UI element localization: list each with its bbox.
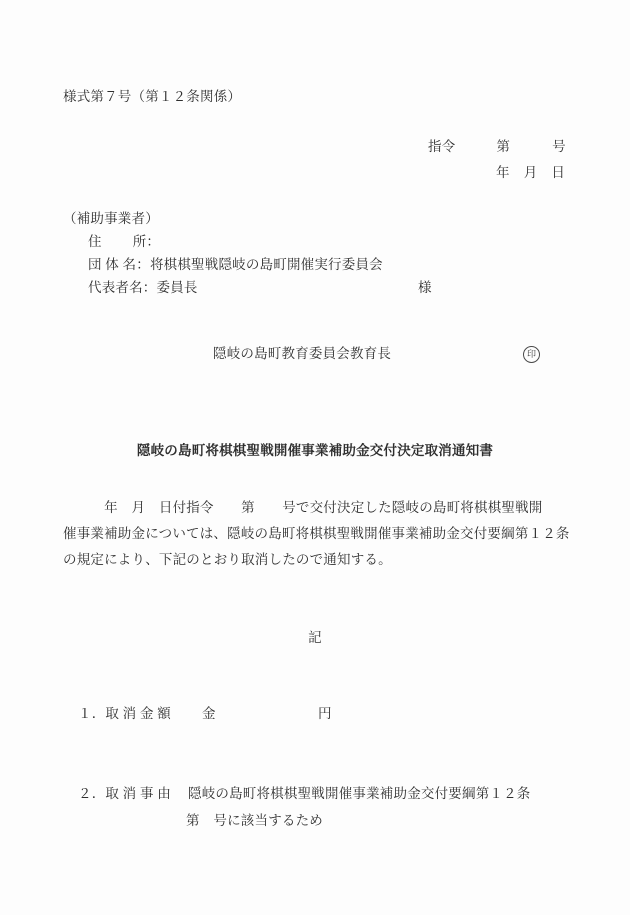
address-label-left: 住 — [88, 234, 102, 249]
item1-heading: １．取 消 金 額 — [78, 706, 171, 722]
item1-number: １． — [78, 706, 105, 721]
org-value: 将棋棋聖戦隠岐の島町開催実行委員会 — [150, 257, 383, 272]
document-page: 様式第７号（第１２条関係） 指令第号 年月日 （補助事業者） 住所： 団 体 名… — [0, 0, 630, 915]
address-label-right: 所： — [133, 234, 160, 249]
item2-number: ２． — [78, 786, 105, 801]
form-number: 様式第７号（第１２条関係） — [63, 89, 241, 105]
date-month: 月 — [524, 165, 538, 180]
item1-amount-prefix: 金 — [202, 706, 216, 722]
recipient-header: （補助事業者） — [63, 211, 159, 227]
date-line: 年月日 — [496, 165, 565, 181]
item1-label: 取 消 金 額 — [105, 706, 171, 721]
item2-heading: ２．取 消 事 由 — [78, 786, 171, 802]
representative-label: 代表者名： — [88, 280, 157, 295]
directive-go: 号 — [552, 139, 566, 154]
date-day: 日 — [551, 165, 565, 180]
issuer-title: 隠岐の島町教育委員会教育長 — [213, 346, 391, 362]
body-line-2: 催事業補助金については、隠岐の島町将棋棋聖戦開催事業補助金交付要綱第１２条 — [63, 526, 570, 542]
recipient-org-line: 団 体 名：将棋棋聖戦隠岐の島町開催実行委員会 — [88, 257, 383, 273]
item1-amount-suffix: 円 — [318, 706, 332, 722]
directive-label: 指令 — [428, 139, 455, 154]
item2-reason-line-1: 隠岐の島町将棋棋聖戦開催事業補助金交付要綱第１２条 — [188, 786, 531, 802]
directive-dai: 第 — [496, 139, 510, 154]
ki-marker: 記 — [0, 630, 630, 646]
recipient-representative-line: 代表者名：委員長 — [88, 280, 198, 296]
document-title: 隠岐の島町将棋棋聖戦開催事業補助金交付決定取消通知書 — [0, 443, 630, 459]
item2-reason-line-2: 第 号に該当するため — [186, 813, 323, 829]
body-line-3: の規定により、下記のとおり取消したので通知する。 — [63, 552, 392, 568]
org-label: 団 体 名： — [88, 257, 150, 272]
representative-value: 委員長 — [157, 280, 198, 295]
item2-label: 取 消 事 由 — [105, 786, 171, 801]
directive-line: 指令第号 — [428, 139, 566, 155]
seal-icon: 印 — [523, 346, 540, 363]
honorific: 様 — [418, 280, 432, 296]
body-line-1: 年 月 日付指令 第 号で交付決定した隠岐の島町将棋棋聖戦開 — [63, 500, 543, 516]
date-year: 年 — [496, 165, 510, 180]
recipient-address-line: 住所： — [88, 234, 160, 250]
